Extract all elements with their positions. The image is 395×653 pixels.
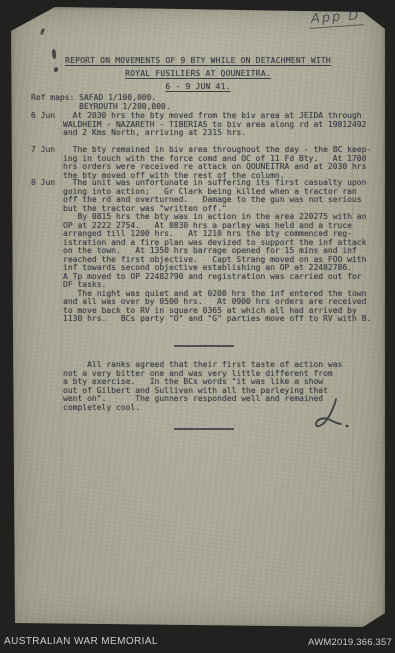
scanned-document-page: App D REPORT ON MOVEMENTS OF 9 BTY WHILE… (11, 7, 385, 628)
title-line-2: ROYAL FUSILIERS AT QOUNEITRA. (11, 67, 385, 80)
reference-maps: Ref maps: SAFAD 1/100,000. BEYROUTH 1/20… (31, 94, 171, 111)
archive-photo-page: { "archive": { "footer_left": "AUSTRALIA… (0, 0, 395, 653)
closing-remarks: All ranks agreed that their first taste … (63, 361, 342, 412)
handwritten-appendix-annotation: App D (308, 8, 363, 29)
entry-text-6-jun: At 2030 hrs the bty moved from the biv a… (63, 112, 366, 138)
section-divider (174, 345, 234, 347)
entry-date-8-jun: 8 Jun (31, 179, 63, 188)
archive-institution-label: AUSTRALIAN WAR MEMORIAL (4, 636, 158, 647)
entry-date-7-jun: 7 Jun (31, 146, 63, 155)
entry-text-7-jun: The bty remained in biv area throughout … (63, 146, 371, 180)
archive-accession-number: AWM2019.366.357 (308, 637, 392, 648)
entry-date-6-jun: 6 Jun (31, 112, 63, 121)
section-divider (174, 428, 234, 430)
title-line-3: 6 - 9 JUN 41. (11, 80, 385, 93)
document-title: REPORT ON MOVEMENTS OF 9 BTY WHILE ON DE… (11, 54, 385, 93)
ink-speck (40, 28, 45, 36)
signature-mark (311, 396, 353, 436)
title-line-1: REPORT ON MOVEMENTS OF 9 BTY WHILE ON DE… (11, 54, 385, 67)
entry-text-8-jun: The unit was unfortunate in suffering it… (63, 179, 371, 324)
